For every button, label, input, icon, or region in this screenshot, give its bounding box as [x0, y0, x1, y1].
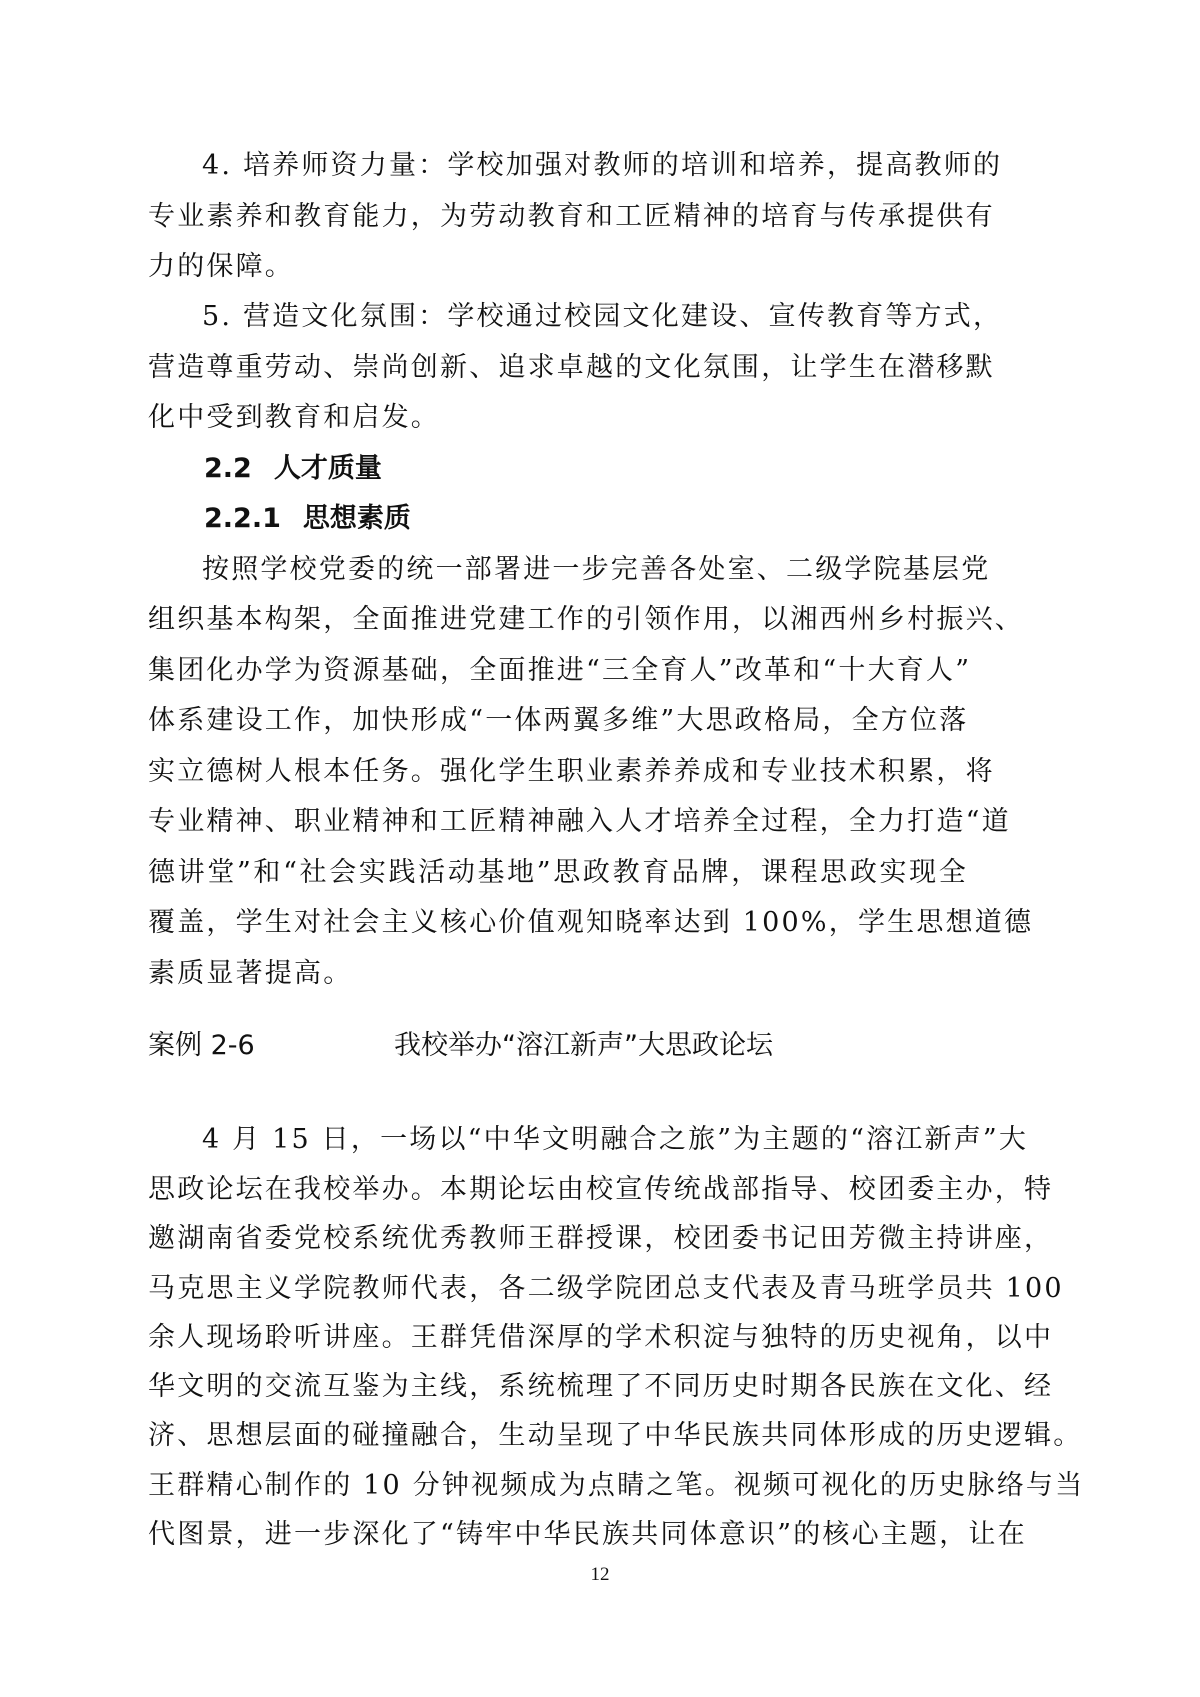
ideology-line-2: 组织基本构架，全面推进党建工作的引领作用，以湘西州乡村振兴、: [148, 606, 968, 633]
section-heading-2-2-1: 2.2.1思想素质: [204, 505, 411, 532]
section-number: 2.2: [204, 453, 252, 484]
section-title: 思想素质: [303, 503, 411, 534]
case-line-4: 马克思主义学院教师代表，各二级学院团总支代表及青马班学员共 100: [148, 1275, 968, 1302]
ideology-line-1: 按照学校党委的统一部署进一步完善各处室、二级学院基层党: [202, 556, 968, 583]
ideology-line-6: 专业精神、职业精神和工匠精神融入人才培养全过程，全力打造“道: [148, 808, 968, 835]
ideology-line-3: 集团化办学为资源基础，全面推进“三全育人”改革和“十大育人”: [148, 657, 968, 684]
case-line-7: 济、思想层面的碰撞融合，生动呈现了中华民族共同体形成的历史逻辑。: [148, 1422, 968, 1449]
document-page: 4. 培养师资力量：学校加强对教师的培训和培养，提高教师的 专业素养和教育能力，…: [0, 0, 1200, 1697]
case-line-6: 华文明的交流互鉴为主线，系统梳理了不同历史时期各民族在文化、经: [148, 1373, 968, 1400]
ideology-line-4: 体系建设工作，加快形成“一体两翼多维”大思政格局，全方位落: [148, 707, 968, 734]
case-title: 我校举办“溶江新声”大思政论坛: [394, 1032, 773, 1059]
case-line-3: 邀湖南省委党校系统优秀教师王群授课，校团委书记田芳微主持讲座，: [148, 1225, 968, 1252]
item4-line-1: 4. 培养师资力量：学校加强对教师的培训和培养，提高教师的: [202, 152, 968, 179]
item5-line-3: 化中受到教育和启发。: [148, 404, 968, 431]
item5-line-2: 营造尊重劳动、崇尚创新、追求卓越的文化氛围，让学生在潜移默: [148, 354, 968, 381]
item4-line-3: 力的保障。: [148, 253, 968, 280]
page-number: 12: [0, 1564, 1200, 1586]
section-heading-2-2: 2.2人才质量: [204, 455, 382, 482]
ideology-line-9: 素质显著提高。: [148, 960, 968, 987]
case-line-2: 思政论坛在我校举办。本期论坛由校宣传统战部指导、校团委主办，特: [148, 1176, 968, 1203]
case-line-5: 余人现场聆听讲座。王群凭借深厚的学术积淀与独特的历史视角，以中: [148, 1324, 968, 1351]
section-number: 2.2.1: [204, 503, 281, 534]
ideology-line-7: 德讲堂”和“社会实践活动基地”思政教育品牌，课程思政实现全: [148, 859, 968, 886]
ideology-line-8: 覆盖，学生对社会主义核心价值观知晓率达到 100%，学生思想道德: [148, 909, 968, 936]
item4-line-2: 专业素养和教育能力，为劳动教育和工匠精神的培育与传承提供有: [148, 203, 968, 230]
case-line-9: 代图景，进一步深化了“铸牢中华民族共同体意识”的核心主题，让在: [148, 1521, 968, 1548]
case-line-8: 王群精心制作的 10 分钟视频成为点睛之笔。视频可视化的历史脉络与当: [148, 1472, 968, 1499]
ideology-line-5: 实立德树人根本任务。强化学生职业素养养成和专业技术积累，将: [148, 758, 968, 785]
section-title: 人才质量: [274, 453, 382, 484]
item5-line-1: 5. 营造文化氛围：学校通过校园文化建设、宣传教育等方式，: [202, 303, 968, 330]
case-line-1: 4 月 15 日，一场以“中华文明融合之旅”为主题的“溶江新声”大: [202, 1126, 968, 1153]
case-label: 案例 2-6: [148, 1032, 255, 1059]
